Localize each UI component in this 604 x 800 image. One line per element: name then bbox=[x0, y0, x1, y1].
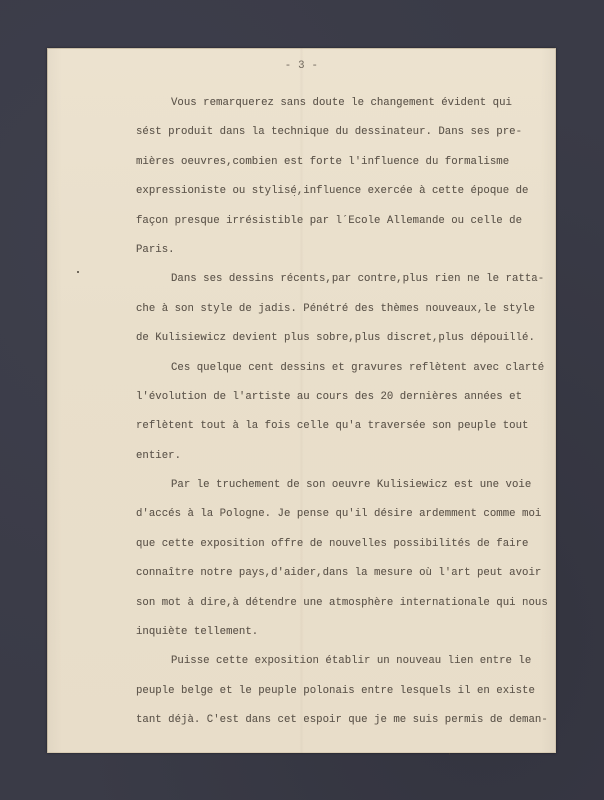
text-line: façon presque irrésistible par l´Ecole A… bbox=[136, 207, 536, 236]
text-line: Dans ses dessins récents,par contre,plus… bbox=[136, 265, 536, 294]
typewritten-page: - 3 - Vous remarquerez sans doute le cha… bbox=[47, 48, 556, 753]
text-line: entier. bbox=[136, 442, 536, 471]
text-line: inquiète tellement. bbox=[136, 618, 536, 647]
text-line: sést produit dans la technique du dessin… bbox=[136, 118, 536, 147]
letter-body: Vous remarquerez sans doute le changemen… bbox=[136, 89, 536, 736]
paper-speck bbox=[77, 271, 79, 273]
paper-speck bbox=[294, 195, 295, 196]
text-line: Puisse cette exposition établir un nouve… bbox=[136, 647, 536, 676]
text-line: l'évolution de l'artiste au cours des 20… bbox=[136, 383, 536, 412]
page-number: - 3 - bbox=[47, 60, 556, 72]
paper-speck bbox=[449, 753, 450, 755]
text-line: peuple belge et le peuple polonais entre… bbox=[136, 677, 536, 706]
text-line: tant déjà. C'est dans cet espoir que je … bbox=[136, 706, 536, 735]
text-line: che à son style de jadis. Pénétré des th… bbox=[136, 295, 536, 324]
text-line: Vous remarquerez sans doute le changemen… bbox=[136, 89, 536, 118]
text-line: connaître notre pays,d'aider,dans la mes… bbox=[136, 559, 536, 588]
text-line: expressioniste ou stylisé,influence exer… bbox=[136, 177, 536, 206]
text-line: son mot à dire,à détendre une atmosphère… bbox=[136, 589, 536, 618]
text-line: d'accés à la Pologne. Je pense qu'il dés… bbox=[136, 500, 536, 529]
text-line: reflètent tout à la fois celle qu'a trav… bbox=[136, 412, 536, 441]
text-line: Ces quelque cent dessins et gravures ref… bbox=[136, 354, 536, 383]
text-line: de Kulisiewicz devient plus sobre,plus d… bbox=[136, 324, 536, 353]
text-line: que cette exposition offre de nouvelles … bbox=[136, 530, 536, 559]
text-line: Paris. bbox=[136, 236, 536, 265]
text-line: Par le truchement de son oeuvre Kulisiew… bbox=[136, 471, 536, 500]
text-line: mières oeuvres,combien est forte l'influ… bbox=[136, 148, 536, 177]
